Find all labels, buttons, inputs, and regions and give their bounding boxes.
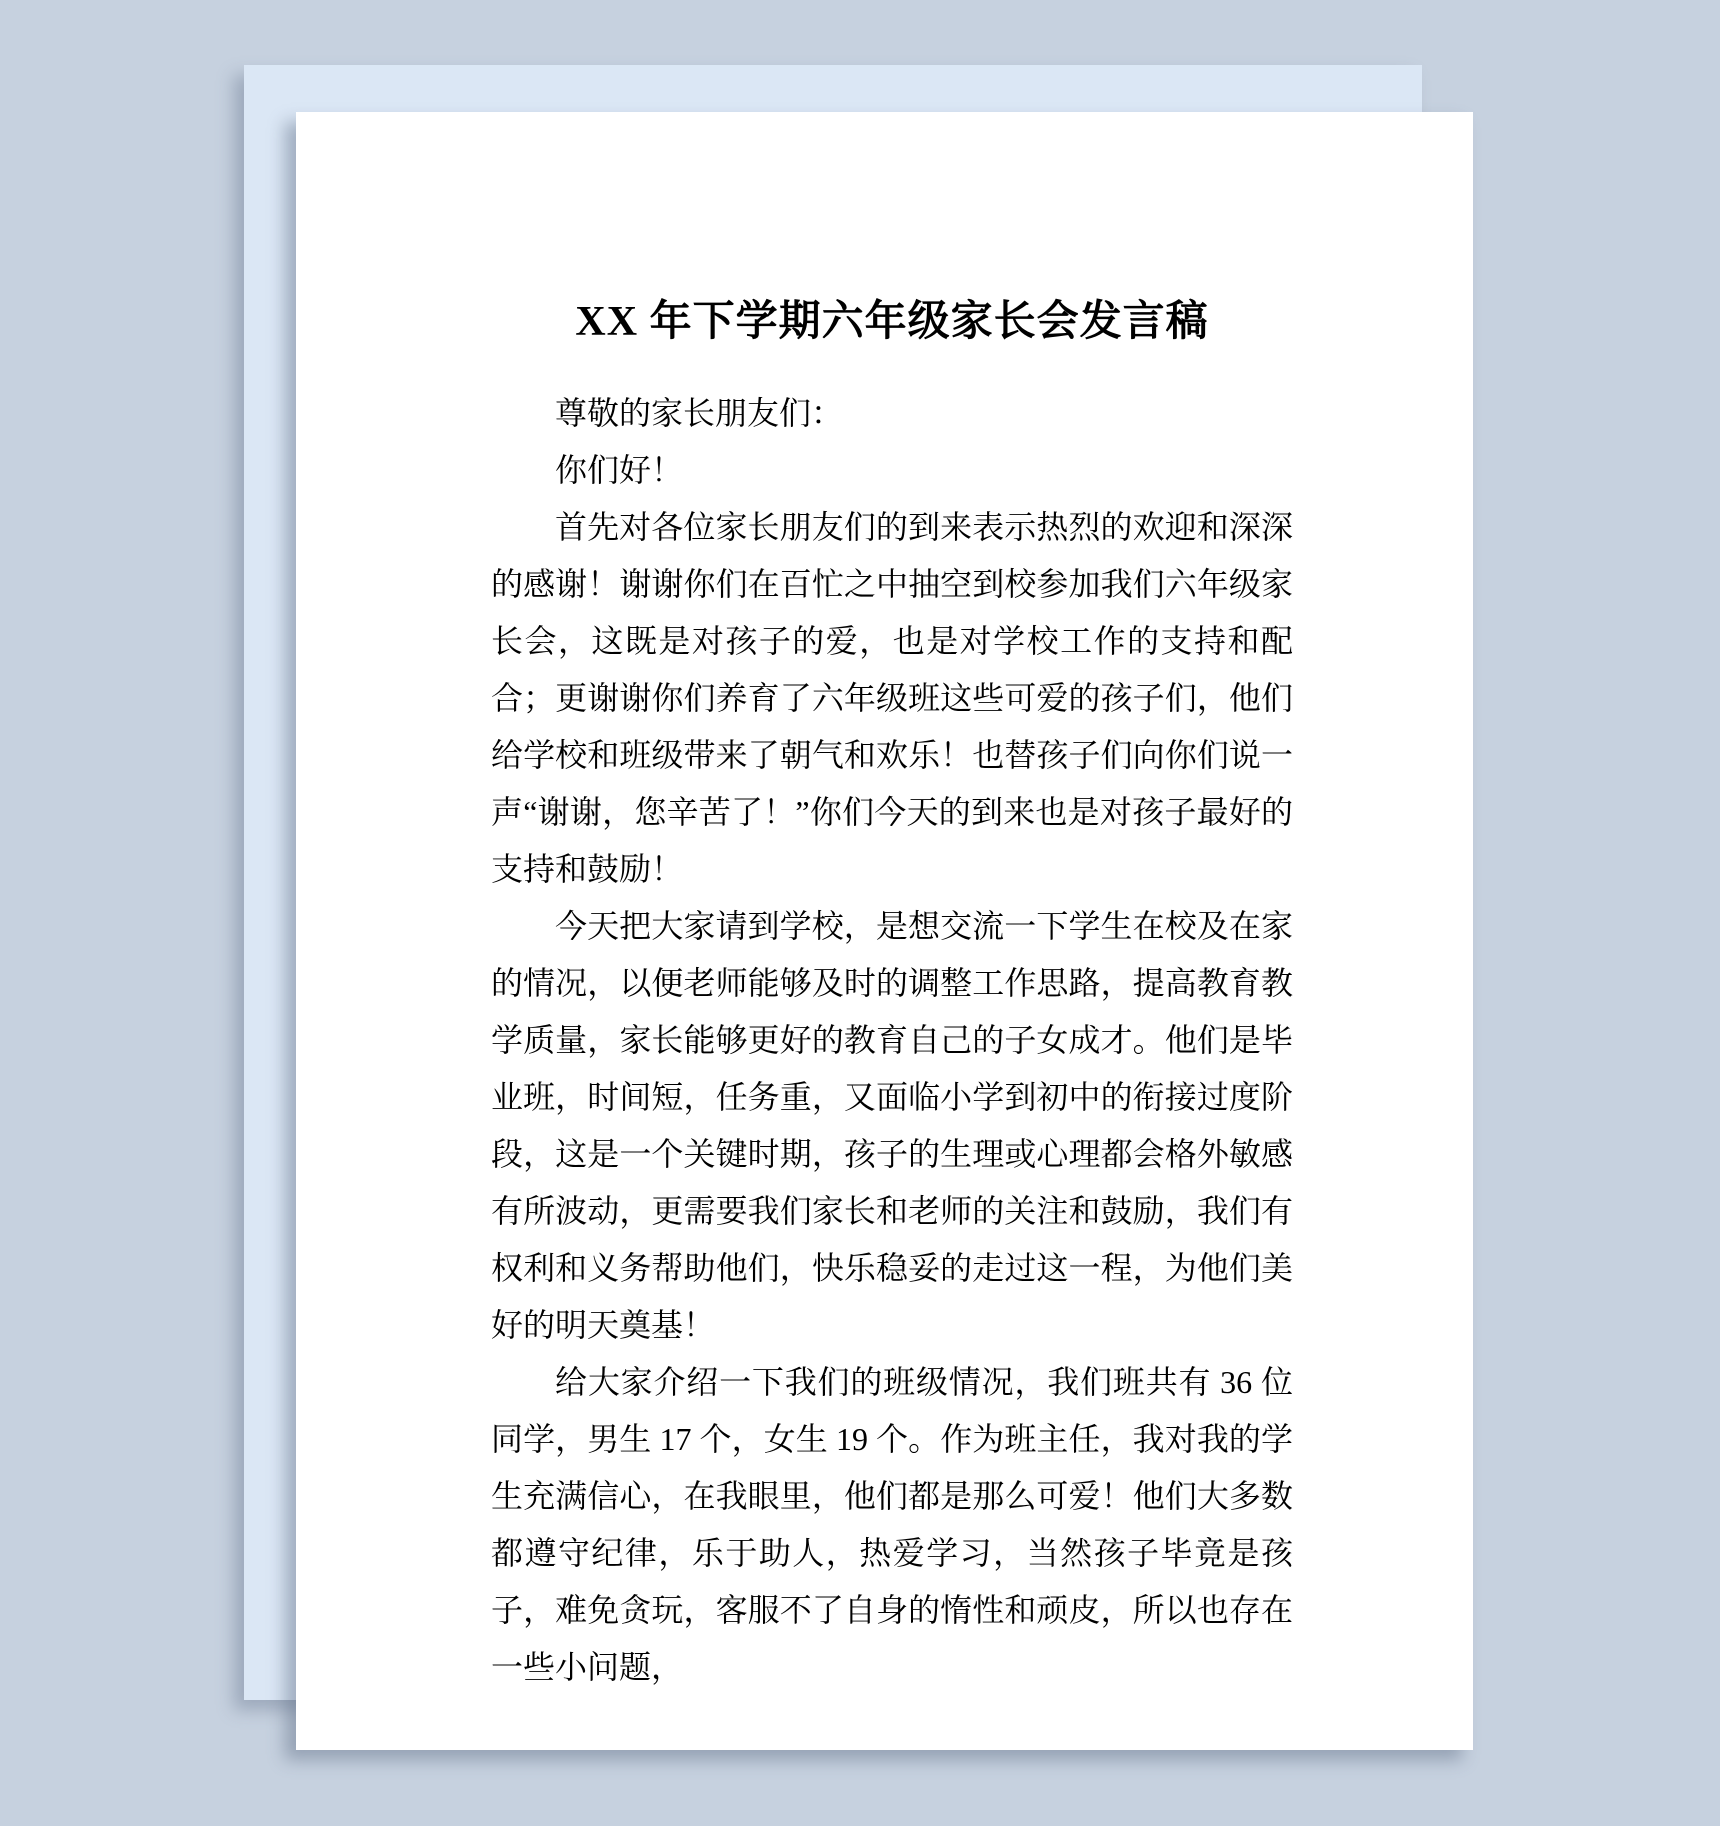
document-title: XX 年下学期六年级家长会发言稿: [491, 297, 1293, 347]
paragraph: 尊敬的家长朋友们：: [491, 385, 1293, 442]
paragraph: 给大家介绍一下我们的班级情况，我们班共有 36 位同学，男生 17 个，女生 1…: [491, 1354, 1293, 1696]
paragraph: 你们好！: [491, 442, 1293, 499]
document-page: XX 年下学期六年级家长会发言稿 尊敬的家长朋友们：你们好！首先对各位家长朋友们…: [296, 112, 1473, 1750]
desktop-background: XX 年下学期六年级家长会发言稿 尊敬的家长朋友们：你们好！首先对各位家长朋友们…: [0, 0, 1720, 1826]
paragraph: 今天把大家请到学校，是想交流一下学生在校及在家的情况，以便老师能够及时的调整工作…: [491, 898, 1293, 1354]
document-body: 尊敬的家长朋友们：你们好！首先对各位家长朋友们的到来表示热烈的欢迎和深深的感谢！…: [491, 385, 1293, 1696]
paragraph: 首先对各位家长朋友们的到来表示热烈的欢迎和深深的感谢！谢谢你们在百忙之中抽空到校…: [491, 499, 1293, 898]
